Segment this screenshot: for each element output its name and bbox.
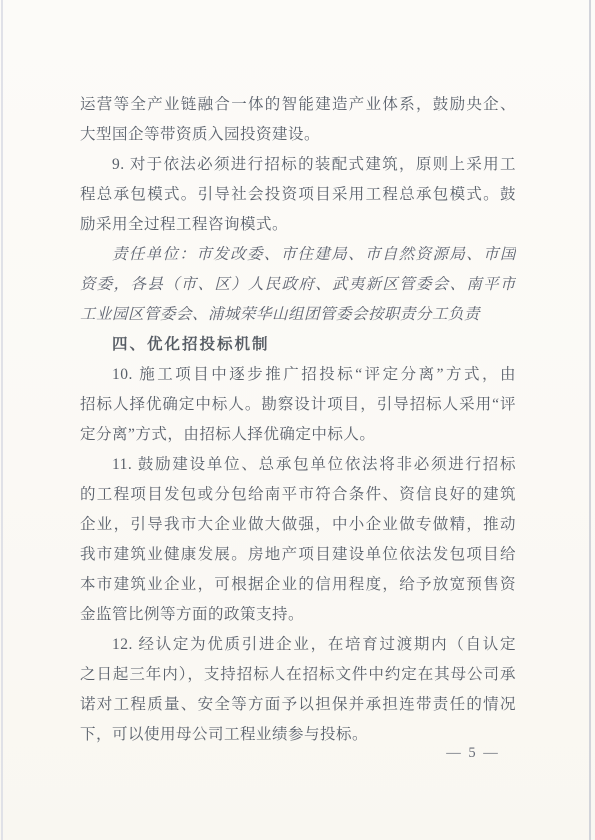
text-line: 9. 对于依法必须进行招标的装配式建筑，原则上采用工	[80, 150, 516, 180]
document-page: { "page": { "background": "#fbf9f5", "te…	[0, 0, 595, 840]
text-line: 10. 施工项目中逐步推广招投标“评定分离”方式，由	[80, 360, 516, 390]
text-line: 定分离”方式，由招标人择优确定中标人。	[80, 420, 516, 450]
text-line: 之日起三年内），支持招标人在招标文件中约定在其母公司承	[80, 660, 516, 690]
scan-edge-right	[589, 0, 591, 840]
text-line: 诺对工程质量、安全等方面予以担保并承担连带责任的情况	[80, 690, 516, 720]
text-line: 本市建筑业企业，可根据企业的信用程度，给予放宽预售资	[80, 570, 516, 600]
text-line: 运营等全产业链融合一体的智能建造产业体系，鼓励央企、	[80, 90, 516, 120]
text-line: 金监管比例等方面的政策支持。	[80, 600, 516, 630]
text-line: 招标人择优确定中标人。勘察设计项目，引导招标人采用“评	[80, 390, 516, 420]
text-line: 11. 鼓励建设单位、总承包单位依法将非必须进行招标	[80, 450, 516, 480]
text-line: 工业园区管委会、浦城荣华山组团管委会按职责分工负责	[80, 300, 516, 330]
scan-edge-left	[1, 0, 3, 840]
text-line: 四、优化招投标机制	[80, 330, 516, 360]
page-number: — 5 —	[438, 742, 508, 764]
text-line: 责任单位：市发改委、市住建局、市自然资源局、市国	[80, 240, 516, 270]
text-line: 资委，各县（市、区）人民政府、武夷新区管委会、南平市	[80, 270, 516, 300]
document-lines: 运营等全产业链融合一体的智能建造产业体系，鼓励央企、大型国企等带资质入园投资建设…	[80, 90, 516, 750]
text-line: 大型国企等带资质入园投资建设。	[80, 120, 516, 150]
text-line: 程总承包模式。引导社会投资项目采用工程总承包模式。鼓	[80, 180, 516, 210]
text-line: 我市建筑业健康发展。房地产项目建设单位依法发包项目给	[80, 540, 516, 570]
text-line: 的工程项目发包或分包给南平市符合条件、资信良好的建筑	[80, 480, 516, 510]
text-line: 企业，引导我市大企业做大做强，中小企业做专做精，推动	[80, 510, 516, 540]
text-line: 12. 经认定为优质引进企业，在培育过渡期内（自认定	[80, 630, 516, 660]
text-line: 励采用全过程工程咨询模式。	[80, 210, 516, 240]
